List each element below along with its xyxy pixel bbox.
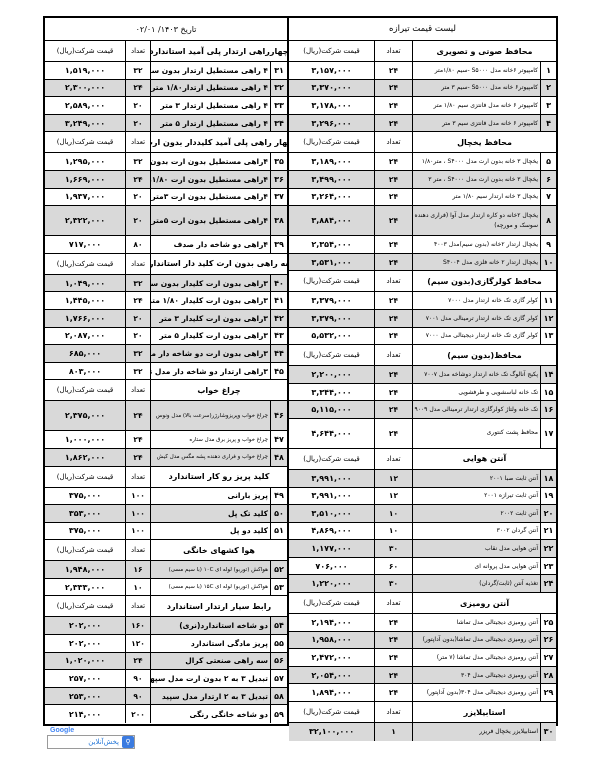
price: ۱,۰۰۰,۰۰۰ — [45, 431, 125, 448]
section-title: کلید پریز رو کار استاندارد — [150, 467, 287, 487]
product-name: ۴ راهی مستطیل ارتدار ۵ متر — [150, 115, 270, 132]
row-number: ۲۳ — [540, 558, 556, 575]
row-number: ۴۹ — [270, 488, 287, 505]
table-row: ۴۵۳راهی ارتدار دو شاخه دار مدل تاپ۳۲۸۰۳,… — [45, 363, 287, 381]
price: ۳۷۵,۰۰۰ — [45, 488, 125, 505]
row-number: ۵ — [540, 153, 556, 170]
price-column-header: قیمت شرکت(ریال) — [45, 540, 125, 560]
row-number: ۵۳ — [270, 579, 287, 596]
table-row: ۴۷چراغ خواب و پریز برق مدل ستاره۲۴۱,۰۰۰,… — [45, 431, 287, 449]
quantity: ۲۴ — [374, 62, 412, 79]
table-row: ۲۲آنتن هوایی مدل نقاب۳۰۱,۱۷۷,۰۰۰ — [289, 540, 556, 558]
price: ۱,۲۲۰,۰۰۰ — [289, 575, 374, 592]
quantity: ۲۴ — [374, 419, 412, 448]
quantity: ۲۴ — [374, 80, 412, 97]
row-number: ۳۱ — [270, 62, 287, 79]
quantity: ۲۴ — [374, 115, 412, 132]
price-column-header: قیمت شرکت(ریال) — [289, 593, 374, 613]
row-number: ۱۵ — [540, 384, 556, 401]
price: ۲,۳۵۴,۰۰۰ — [289, 236, 374, 253]
table-row: ۵۰کلید تک پل۱۰۰۳۵۳,۰۰۰ — [45, 505, 287, 523]
quantity: ۱۰ — [374, 523, 412, 540]
product-name: آنتن رومیزی دیجیتالی مدل تماشا(بدون آداپ… — [412, 632, 540, 649]
section-header: استابیلایزرتعدادقیمت شرکت(ریال) — [289, 702, 556, 723]
quantity: ۱۰۰ — [125, 488, 150, 505]
row-number: ۳۸ — [270, 206, 287, 235]
price-list-sheet: لیست قیمت تیرازه تاریخ ۱۴۰۳/ ۰۲/۰۱ محافظ… — [43, 16, 558, 726]
price: ۳,۱۷۸,۰۰۰ — [289, 97, 374, 114]
price-column-header: قیمت شرکت(ریال) — [289, 41, 374, 61]
price: ۳,۳۷۰,۰۰۰ — [289, 80, 374, 97]
product-name: ۳راهی بدون ارت کلیدار ۵ متر — [150, 328, 270, 345]
price: ۲,۲۰۰,۰۰۰ — [289, 366, 374, 383]
table-row: ۱۵تک خانه لباسشویی و ظرفشویی۲۴۳,۳۴۴,۰۰۰ — [289, 384, 556, 402]
quantity: ۲۰ — [125, 328, 150, 345]
product-name: کولر گازی تک خانه ارتدار ترمینالی مدل ۷۰… — [412, 310, 540, 327]
price-column-header: قیمت شرکت(ریال) — [45, 467, 125, 487]
row-number: ۵۷ — [270, 670, 287, 687]
table-row: ۳۷۴راهی مستطیل بدون ارت ۳متر۲۰۱,۹۳۷,۰۰۰ — [45, 189, 287, 207]
price: ۱,۸۶۲,۰۰۰ — [45, 449, 125, 466]
price: ۳,۱۵۷,۰۰۰ — [289, 62, 374, 79]
product-name: دو شاخه خانگی رنگی — [150, 705, 270, 723]
date-label: تاریخ ۱۴۰۳/ ۰۲/۰۱ — [45, 18, 287, 40]
product-name: ۴راهی مستطیل بدون ارت ۳متر — [150, 189, 270, 206]
product-name: کلید دو پل — [150, 523, 270, 540]
section-header: آنتن رومیزیتعدادقیمت شرکت(ریال) — [289, 593, 556, 614]
section-title: محافظ(بدون سیم) — [412, 345, 556, 365]
section-title: هوا کشهای خانگی — [150, 540, 287, 560]
qty-column-header: تعداد — [125, 132, 150, 152]
price: ۷۰۶,۰۰۰ — [289, 558, 374, 575]
row-number: ۲۰ — [540, 505, 556, 522]
quantity: ۲۰۰ — [125, 705, 150, 723]
row-number: ۴۲ — [270, 310, 287, 327]
price: ۲,۰۸۷,۰۰۰ — [45, 328, 125, 345]
title-row: لیست قیمت تیرازه تاریخ ۱۴۰۳/ ۰۲/۰۱ — [45, 18, 556, 41]
quantity: ۱۲ — [374, 488, 412, 505]
section-header: محافظ یخچالتعدادقیمت شرکت(ریال) — [289, 132, 556, 153]
quantity: ۲۴ — [374, 189, 412, 206]
product-name: دو شاخه استاندارد(نری) — [150, 617, 270, 634]
price-column-header: قیمت شرکت(ریال) — [289, 271, 374, 291]
table-row: ۹یخچال ارتدار ۲خانه (بدون سیم)مدل ۴۰۰۳۲۴… — [289, 236, 556, 254]
price: ۳,۵۱۰,۰۰۰ — [289, 505, 374, 522]
qty-column-header: تعداد — [125, 380, 150, 400]
quantity: ۲۴ — [125, 431, 150, 448]
row-number: ۷ — [540, 189, 556, 206]
price: ۲,۱۹۴,۰۰۰ — [289, 614, 374, 631]
section-title: رابط سیار ارتدار استاندارد — [150, 596, 287, 616]
price: ۵,۱۱۵,۰۰۰ — [289, 401, 374, 418]
price: ۴,۶۴۴,۰۰۰ — [289, 419, 374, 448]
product-name: چراغ خواب و فراری دهنده پشه مگس مدل کیش — [150, 449, 270, 466]
product-name: ۴راهی مستطیل بدون ارت ۵متر — [150, 206, 270, 235]
product-name: ۴راهی مستطیل بدون ارت ۱/۸۰متر — [150, 171, 270, 188]
table-row: ۲۹آنتن رومیزی دیجیتالی مدل ۳۰۴(بدون آداپ… — [289, 684, 556, 702]
section-header: آنتن هواییتعدادقیمت شرکت(ریال) — [289, 449, 556, 470]
section-title: استابیلایزر — [412, 702, 556, 722]
price: ۲۱۴,۰۰۰ — [45, 705, 125, 723]
google-logo: Google — [50, 727, 74, 734]
table-row: ۵۸تبدیل ۳ به ۲ ارتدار مدل سپید۹۰۲۵۳,۰۰۰ — [45, 688, 287, 706]
table-row: ۵۳هواکش (توربو) لوله ای ۱۵C (با سیم مسی)… — [45, 579, 287, 597]
table-row: ۵۵پریز مادگی استاندارد۱۲۰۲۰۲,۰۰۰ — [45, 635, 287, 653]
price: ۳,۵۳۱,۰۰۰ — [289, 254, 374, 271]
qty-column-header: تعداد — [374, 41, 412, 61]
row-number: ۴۰ — [270, 275, 287, 292]
row-number: ۶ — [540, 171, 556, 188]
qty-column-header: تعداد — [374, 593, 412, 613]
quantity: ۳۲ — [125, 345, 150, 362]
table-row: ۴۰۳راهی بدون ارت کلیدار بدون سیم۳۲۱,۰۴۹,… — [45, 275, 287, 293]
product-name: کامپیوتر۶ خانه مدل S۵۰۰۰ -سیم ۳ متر — [412, 80, 540, 97]
row-number: ۱ — [540, 62, 556, 79]
right-table: محافظ صوتی و تصویریتعدادقیمت شرکت(ریال)۱… — [287, 41, 556, 724]
price: ۳,۳۴۴,۰۰۰ — [289, 384, 374, 401]
row-number: ۱۱ — [540, 292, 556, 309]
table-row: ۲۵آنتن رومیزی دیجیتالی مدل تماشا۲۴۲,۱۹۴,… — [289, 614, 556, 632]
table-row: ۱۱کولر گازی تک خانه ارتدار مدل ۷۰۰۰۲۴۳,۳… — [289, 292, 556, 310]
quantity: ۲۴ — [374, 328, 412, 345]
product-name: آنتن رومیزی دیجیتالی مدل ۳۰۴ — [412, 667, 540, 684]
product-name: کامپیوتر ۶خانه مدل S۵۰۰۰ -سیم ۱/۸۰متر — [412, 62, 540, 79]
product-name: ۳راهی بدون ارت کلیدار ۱/۸۰ متر — [150, 292, 270, 309]
price: ۱,۰۲۰,۰۰۰ — [45, 653, 125, 670]
quantity: ۳۲ — [125, 153, 150, 170]
row-number: ۱۲ — [540, 310, 556, 327]
row-number: ۲۷ — [540, 649, 556, 666]
row-number: ۴۵ — [270, 363, 287, 380]
quantity: ۲۴ — [125, 401, 150, 430]
row-number: ۵۸ — [270, 688, 287, 705]
product-name: آنتن گردان ۳۰۰۲ — [412, 523, 540, 540]
row-number: ۴۸ — [270, 449, 287, 466]
price: ۳,۹۹۱,۰۰۰ — [289, 470, 374, 487]
quantity: ۱۲ — [374, 470, 412, 487]
table-row: ۱۸آنتن ثابت صبا ۲۰۰۱۱۲۳,۹۹۱,۰۰۰ — [289, 470, 556, 488]
table-row: ۴۹پریز بارانی۱۰۰۳۷۵,۰۰۰ — [45, 488, 287, 506]
product-name: ۴راهی دو شاخه دار صدف — [150, 236, 270, 253]
price: ۲,۳۳۳,۰۰۰ — [45, 579, 125, 596]
qty-column-header: تعداد — [374, 702, 412, 722]
row-number: ۴۴ — [270, 345, 287, 362]
qty-column-header: تعداد — [374, 449, 412, 469]
product-name: ۳راهی ارتدار دو شاخه دار مدل تاپ — [150, 363, 270, 380]
row-number: ۸ — [540, 206, 556, 235]
row-number: ۴۷ — [270, 431, 287, 448]
price: ۳,۳۷۹,۰۰۰ — [289, 292, 374, 309]
product-name: تغذیه آنتن (ثابت/گردان) — [412, 575, 540, 592]
quantity: ۲۴ — [374, 684, 412, 701]
table-row: ۳۹۴راهی دو شاخه دار صدف۸۰۷۱۷,۰۰۰ — [45, 236, 287, 254]
row-number: ۴۱ — [270, 292, 287, 309]
qty-column-header: تعداد — [125, 596, 150, 616]
qty-column-header: تعداد — [374, 132, 412, 152]
table-row: ۲۶آنتن رومیزی دیجیتالی مدل تماشا(بدون آد… — [289, 632, 556, 650]
quantity: ۲۴ — [125, 292, 150, 309]
product-name: یخچال ۳ خانه بدون ارت مدل S۴۰۰۰ ، متر ۳ — [412, 171, 540, 188]
quantity: ۲۴ — [374, 236, 412, 253]
product-name: پریز بارانی — [150, 488, 270, 505]
table-row: ۳۳۴ راهی مستطیل ارتدار ۳ متر۲۰۲,۵۸۹,۰۰۰ — [45, 97, 287, 115]
quantity: ۲۴ — [374, 649, 412, 666]
row-number: ۴۳ — [270, 328, 287, 345]
quantity: ۲۰ — [125, 310, 150, 327]
quantity: ۶۰ — [374, 558, 412, 575]
price: ۳,۲۹۶,۰۰۰ — [289, 115, 374, 132]
table-row: ۳۲۴ راهی مستطیل ارتدار۱/۸۰ متر۲۴۲,۳۰۰,۰۰… — [45, 80, 287, 98]
price-column-header: قیمت شرکت(ریال) — [289, 132, 374, 152]
table-row: ۱۴پکیج آنالوگ تک خانه ارتدار دوشاخه مدل … — [289, 366, 556, 384]
row-number: ۲۴ — [540, 575, 556, 592]
price: ۵,۵۳۲,۰۰۰ — [289, 328, 374, 345]
price-column-header: قیمت شرکت(ریال) — [289, 702, 374, 722]
product-name: آنتن ثابت تیرازه ۲۰۰۱ — [412, 488, 540, 505]
quantity: ۳۰ — [374, 540, 412, 557]
row-number: ۵۹ — [270, 705, 287, 723]
table-row: ۳۵۴راهی مستطیل بدون ارت بدون سیم۳۲۱,۲۹۵,… — [45, 153, 287, 171]
search-box[interactable]: پخش‌آنلاین ⚲ — [47, 735, 135, 749]
price: ۳,۴۹۹,۰۰۰ — [289, 171, 374, 188]
quantity: ۲۴ — [125, 80, 150, 97]
quantity: ۲۴ — [374, 614, 412, 631]
row-number: ۵۱ — [270, 523, 287, 540]
row-number: ۱۴ — [540, 366, 556, 383]
row-number: ۲۱ — [540, 523, 556, 540]
row-number: ۳ — [540, 97, 556, 114]
section-title: سه راهی بدون ارت کلید دار استاندارد — [150, 254, 287, 274]
quantity: ۲۴ — [374, 171, 412, 188]
price: ۱,۹۴۸,۰۰۰ — [45, 561, 125, 578]
price: ۱,۲۹۵,۰۰۰ — [45, 153, 125, 170]
table-row: ۱۷محافظ پشت کنتوری۲۴۴,۶۴۴,۰۰۰ — [289, 419, 556, 449]
table-row: ۴۲۳راهی بدون ارت کلیدار ۳ متر۲۰۱,۷۶۶,۰۰۰ — [45, 310, 287, 328]
product-name: ۳راهی بدون ارت کلیدار ۳ متر — [150, 310, 270, 327]
price: ۲۰۲,۰۰۰ — [45, 617, 125, 634]
product-name: یخچال ۳ خانه بدون ارت مدل S۴۰۰۰ ، متر۱/۸… — [412, 153, 540, 170]
quantity: ۲۴ — [374, 254, 412, 271]
product-name: محافظ پشت کنتوری — [412, 419, 540, 448]
search-box-text: پخش‌آنلاین — [88, 738, 119, 746]
table-row: ۳۴۴ راهی مستطیل ارتدار ۵ متر۲۰۳,۲۴۹,۰۰۰ — [45, 115, 287, 133]
table-row: ۵۴دو شاخه استاندارد(نری)۱۶۰۲۰۲,۰۰۰ — [45, 617, 287, 635]
row-number: ۵۰ — [270, 505, 287, 522]
product-name: تک خانه ولتاژ کولرگازی ارتدار ترمینالی م… — [412, 401, 540, 418]
search-icon[interactable]: ⚲ — [122, 736, 134, 748]
price: ۲۰۲,۰۰۰ — [45, 635, 125, 652]
section-title: آنتن رومیزی — [412, 593, 556, 613]
row-number: ۱۸ — [540, 470, 556, 487]
row-number: ۲۲ — [540, 540, 556, 557]
row-number: ۱۳ — [540, 328, 556, 345]
row-number: ۲ — [540, 80, 556, 97]
product-name: کامپیوتر ۶ خانه مدل فانتزی سیم ۳ متر — [412, 115, 540, 132]
section-header: چراغ خوابتعدادقیمت شرکت(ریال) — [45, 380, 287, 401]
product-name: آنتن رومیزی دیجیتالی مدل تماشا (۷ متر) — [412, 649, 540, 666]
table-row: ۴۶چراغ خواب وپریزوشارژر(سرعت بالا) مدل و… — [45, 401, 287, 431]
price-column-header: قیمت شرکت(ریال) — [45, 254, 125, 274]
qty-column-header: تعداد — [125, 540, 150, 560]
product-name: ۳راهی بدون ارت دو شاخه دار مدل — [150, 345, 270, 362]
price-column-header: قیمت شرکت(ریال) — [45, 41, 125, 61]
page-title: لیست قیمت تیرازه — [287, 18, 556, 40]
price: ۱,۵۱۹,۰۰۰ — [45, 62, 125, 79]
product-name: پریز مادگی استاندارد — [150, 635, 270, 652]
section-header: هوا کشهای خانگیتعدادقیمت شرکت(ریال) — [45, 540, 287, 561]
quantity: ۱۶ — [125, 561, 150, 578]
quantity: ۲۴ — [374, 206, 412, 235]
quantity: ۲۰ — [125, 206, 150, 235]
quantity: ۲۴ — [125, 653, 150, 670]
section-title: محافظ یخچال — [412, 132, 556, 152]
table-row: ۳۱۴ راهی مستطیل ارتدار بدون سیم۳۲۱,۵۱۹,۰… — [45, 62, 287, 80]
quantity: ۲۴ — [374, 632, 412, 649]
row-number: ۱۹ — [540, 488, 556, 505]
section-title: چهارراهی ارتدار پلی آمید استاندارد — [150, 41, 287, 61]
quantity: ۸۰ — [125, 236, 150, 253]
section-title: آنتن هوایی — [412, 449, 556, 469]
price: ۱,۴۴۵,۰۰۰ — [45, 292, 125, 309]
table-row: ۴۸چراغ خواب و فراری دهنده پشه مگس مدل کی… — [45, 449, 287, 467]
product-name: کولر گازی تک خانه ارتدار دیجیتالی مدل ۷۰… — [412, 328, 540, 345]
row-number: ۱۶ — [540, 401, 556, 418]
table-row: ۸یخچال ۲خانه دو کاره ارتدار مدل آوا (فرا… — [289, 206, 556, 236]
qty-column-header: تعداد — [374, 271, 412, 291]
table-row: ۲۰آنتن ثابت ۲۰۰۲۱۰۳,۵۱۰,۰۰۰ — [289, 505, 556, 523]
row-number: ۲۶ — [540, 632, 556, 649]
table-row: ۳کامپیوتر ۶ خانه مدل فانتزی سیم ۱/۸۰ متر… — [289, 97, 556, 115]
price: ۲۵۳,۰۰۰ — [45, 688, 125, 705]
table-row: ۱کامپیوتر ۶خانه مدل S۵۰۰۰ -سیم ۱/۸۰متر۲۴… — [289, 62, 556, 80]
table-row: ۴۴۳راهی بدون ارت دو شاخه دار مدل۳۲۶۸۵,۰۰… — [45, 345, 287, 363]
row-number: ۳۴ — [270, 115, 287, 132]
quantity: ۳۰ — [374, 575, 412, 592]
product-name: ۴ راهی مستطیل ارتدار۱/۸۰ متر — [150, 80, 270, 97]
price-column-header: قیمت شرکت(ریال) — [289, 449, 374, 469]
product-name: آنتن هوایی مدل نقاب — [412, 540, 540, 557]
price: ۱,۷۶۶,۰۰۰ — [45, 310, 125, 327]
product-name: تبدیل ۳ به ۲ ارتدار مدل سپید — [150, 688, 270, 705]
price: ۲,۵۸۹,۰۰۰ — [45, 97, 125, 114]
price: ۳۷۵,۰۰۰ — [45, 523, 125, 540]
quantity: ۲۴ — [125, 171, 150, 188]
price: ۲,۰۵۴,۰۰۰ — [289, 667, 374, 684]
row-number: ۱۷ — [540, 419, 556, 448]
quantity: ۱۰۰ — [125, 505, 150, 522]
product-name: آنتن ثابت صبا ۲۰۰۱ — [412, 470, 540, 487]
product-name: سه راهی صنعتی کرال — [150, 653, 270, 670]
product-name: کلید تک پل — [150, 505, 270, 522]
quantity: ۲۴ — [374, 667, 412, 684]
quantity: ۹۰ — [125, 688, 150, 705]
price: ۱,۹۵۸,۰۰۰ — [289, 632, 374, 649]
price-column-header: قیمت شرکت(ریال) — [45, 132, 125, 152]
table-row: ۱۳کولر گازی تک خانه ارتدار دیجیتالی مدل … — [289, 328, 556, 346]
product-name: کامپیوتر ۶ خانه مدل فانتزی سیم ۱/۸۰ متر — [412, 97, 540, 114]
quantity: ۱۰ — [125, 579, 150, 596]
quantity: ۱۰ — [374, 505, 412, 522]
left-table: چهارراهی ارتدار پلی آمید استانداردتعدادق… — [45, 41, 287, 724]
price: ۳۲,۱۰۰,۰۰۰ — [289, 723, 374, 741]
product-name: یخچال ارتدار ۲ خانه فلزی مدل S۴۰۰۴ — [412, 254, 540, 271]
product-name: آنتن ثابت ۲۰۰۲ — [412, 505, 540, 522]
price: ۳,۱۸۹,۰۰۰ — [289, 153, 374, 170]
quantity: ۲۴ — [374, 310, 412, 327]
table-row: ۴۱۳راهی بدون ارت کلیدار ۱/۸۰ متر۲۴۱,۴۴۵,… — [45, 292, 287, 310]
qty-column-header: تعداد — [125, 467, 150, 487]
price-column-header: قیمت شرکت(ریال) — [45, 380, 125, 400]
table-row: ۲۸آنتن رومیزی دیجیتالی مدل ۳۰۴۲۴۲,۰۵۴,۰۰… — [289, 667, 556, 685]
price: ۶۸۵,۰۰۰ — [45, 345, 125, 362]
product-name: کولر گازی تک خانه ارتدار مدل ۷۰۰۰ — [412, 292, 540, 309]
product-name: تک خانه لباسشویی و ظرفشویی — [412, 384, 540, 401]
table-row: ۱۶تک خانه ولتاژ کولرگازی ارتدار ترمینالی… — [289, 401, 556, 419]
row-number: ۴۶ — [270, 401, 287, 430]
qty-column-header: تعداد — [125, 41, 150, 61]
product-name: ۴ راهی مستطیل ارتدار بدون سیم — [150, 62, 270, 79]
row-number: ۲۹ — [540, 684, 556, 701]
price: ۳۵۳,۰۰۰ — [45, 505, 125, 522]
product-name: ۳راهی بدون ارت کلیدار بدون سیم — [150, 275, 270, 292]
row-number: ۵۴ — [270, 617, 287, 634]
price-column-header: قیمت شرکت(ریال) — [45, 596, 125, 616]
price: ۱,۰۴۹,۰۰۰ — [45, 275, 125, 292]
quantity: ۱ — [374, 723, 412, 741]
quantity: ۱۰۰ — [125, 523, 150, 540]
price: ۸۰۳,۰۰۰ — [45, 363, 125, 380]
section-header: سه راهی بدون ارت کلید دار استانداردتعداد… — [45, 254, 287, 275]
price: ۳,۸۸۴,۰۰۰ — [289, 206, 374, 235]
quantity: ۲۰ — [125, 97, 150, 114]
row-number: ۳۶ — [270, 171, 287, 188]
price: ۴,۸۶۹,۰۰۰ — [289, 523, 374, 540]
price: ۲,۴۷۲,۰۰۰ — [289, 649, 374, 666]
product-name: یخچال ۳ خانه ارتدار سیم ۱/۸۰ متر — [412, 189, 540, 206]
product-name: پکیج آنالوگ تک خانه ارتدار دوشاخه مدل ۷۰… — [412, 366, 540, 383]
table-row: ۵۲هواکش (توربو) لوله ای ۱۰C (با سیم مسی)… — [45, 561, 287, 579]
table-row: ۴کامپیوتر ۶ خانه مدل فانتزی سیم ۳ متر۲۴۳… — [289, 115, 556, 133]
section-title: چراغ خواب — [150, 380, 287, 400]
section-header: محافظ کولرگازی(بدون سیم)تعدادقیمت شرکت(ر… — [289, 271, 556, 292]
product-name: ۴راهی مستطیل بدون ارت بدون سیم — [150, 153, 270, 170]
price: ۲,۳۰۰,۰۰۰ — [45, 80, 125, 97]
product-name: آنتن رومیزی دیجیتالی مدل تماشا — [412, 614, 540, 631]
product-name: یخچال ۲خانه دو کاره ارتدار مدل آوا (فرار… — [412, 206, 540, 235]
table-row: ۲۱آنتن گردان ۳۰۰۲۱۰۴,۸۶۹,۰۰۰ — [289, 523, 556, 541]
product-name: چراغ خواب و پریز برق مدل ستاره — [150, 431, 270, 448]
row-number: ۱۰ — [540, 254, 556, 271]
quantity: ۲۴ — [374, 97, 412, 114]
row-number: ۵۶ — [270, 653, 287, 670]
quantity: ۳۲ — [125, 275, 150, 292]
price: ۲۵۷,۰۰۰ — [45, 670, 125, 687]
table-row: ۲۴تغذیه آنتن (ثابت/گردان)۳۰۱,۲۲۰,۰۰۰ — [289, 575, 556, 593]
product-name: چراغ خواب وپریزوشارژر(سرعت بالا) مدل ونو… — [150, 401, 270, 430]
qty-column-header: تعداد — [374, 345, 412, 365]
table-row: ۷یخچال ۳ خانه ارتدار سیم ۱/۸۰ متر۲۴۳,۲۶۴… — [289, 189, 556, 207]
table-row: ۲کامپیوتر۶ خانه مدل S۵۰۰۰ -سیم ۳ متر۲۴۳,… — [289, 80, 556, 98]
row-number: ۳۹ — [270, 236, 287, 253]
table-row: ۲۳آنتن هوایی مدل پروانه ای۶۰۷۰۶,۰۰۰ — [289, 558, 556, 576]
row-number: ۲۸ — [540, 667, 556, 684]
quantity: ۱۲۰ — [125, 635, 150, 652]
row-number: ۹ — [540, 236, 556, 253]
product-name: استابیلایزر یخچال فریزر — [412, 723, 540, 741]
table-row: ۵۱کلید دو پل۱۰۰۳۷۵,۰۰۰ — [45, 523, 287, 541]
row-number: ۳۷ — [270, 189, 287, 206]
product-name: تبدیل ۳ به ۲ بدون ارت مدل سپهر — [150, 670, 270, 687]
